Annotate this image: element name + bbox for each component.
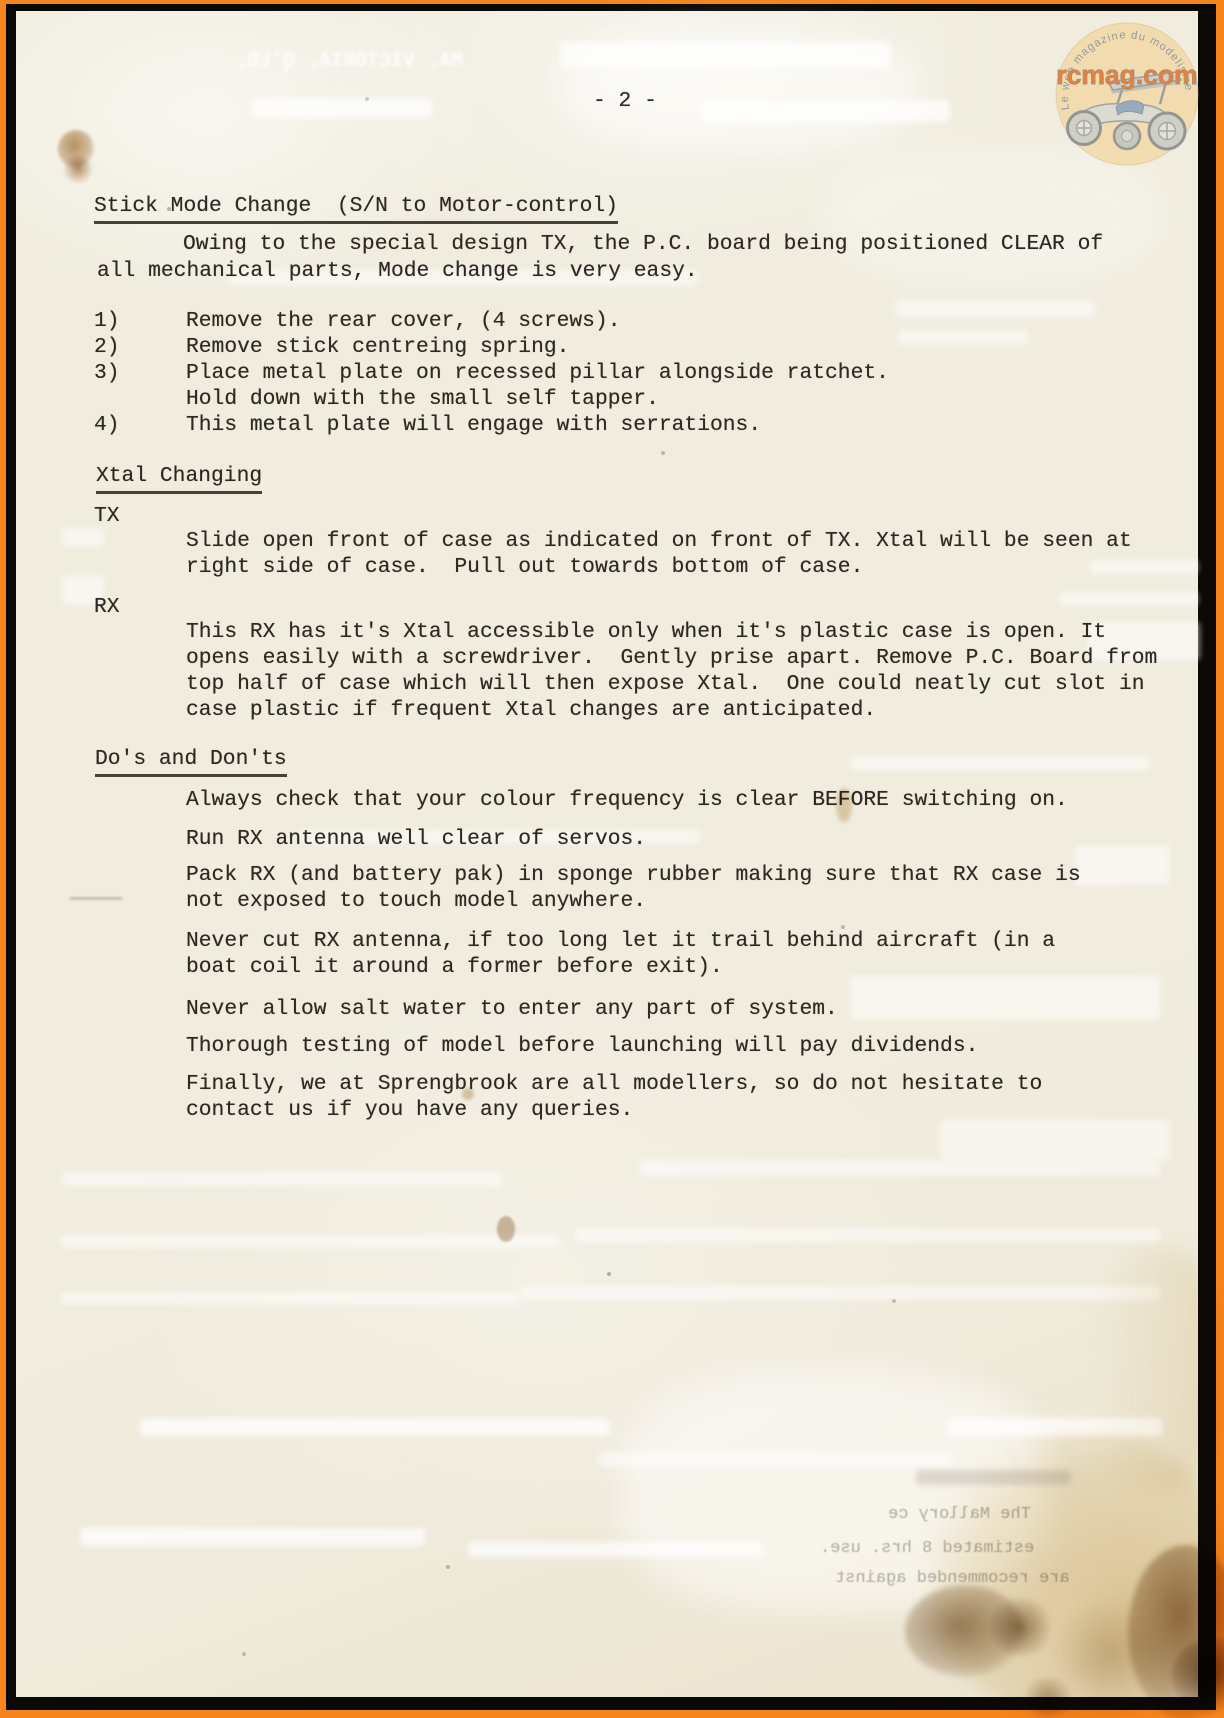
step-number: 4) xyxy=(94,412,120,438)
step-number: 2) xyxy=(94,334,120,360)
bleedthrough-smudge xyxy=(598,1452,953,1467)
bleedthrough-smudge xyxy=(898,330,1028,345)
stick-mode-intro-line1: Owing to the special design TX, the P.C.… xyxy=(183,231,1103,257)
bleedthrough-smudge xyxy=(468,1542,763,1557)
bleedthrough-smudge xyxy=(80,1528,425,1546)
bleedthrough-smudge xyxy=(1060,592,1198,606)
bleedthrough-smudge xyxy=(700,100,950,122)
section-heading-dos-donts: Do's and Don'ts xyxy=(95,746,287,777)
bleedthrough-smudge xyxy=(60,1292,520,1305)
bleedthrough-smudge xyxy=(895,300,1095,317)
bleedthrough-smudge xyxy=(850,975,1160,1020)
step-text: Place metal plate on recessed pillar alo… xyxy=(186,360,889,412)
subsection-label-tx: TX xyxy=(94,503,120,529)
bleedthrough-smudge xyxy=(940,1120,1170,1160)
bleedthrough-smudge xyxy=(850,756,1150,770)
rx-paragraph: This RX has it's Xtal accessible only wh… xyxy=(186,619,1157,723)
dos-paragraph: Always check that your colour frequency … xyxy=(186,787,1068,813)
section-heading-stick-mode: Stick Mode Change (S/N to Motor-control) xyxy=(94,193,618,224)
subsection-label-rx: RX xyxy=(94,594,120,620)
bleedthrough-smudge xyxy=(1075,845,1170,885)
dos-paragraph: Finally, we at Sprengbrook are all model… xyxy=(186,1071,1042,1123)
tx-paragraph: Slide open front of case as indicated on… xyxy=(186,528,1132,580)
step-text: Remove the rear cover, (4 screws). xyxy=(186,308,621,334)
bleedthrough-text: The Mallory ce xyxy=(888,1504,1031,1526)
rcmag-brand-text: rcmag.com xyxy=(1056,60,1197,90)
scanned-page-frame: MA, VICTORIA, Q'LD, The Mallory ce estim… xyxy=(0,0,1224,1718)
rcmag-watermark-badge: Le web magazine du modelisme rcmag.com xyxy=(1050,20,1206,176)
section-heading-xtal-changing: Xtal Changing xyxy=(96,463,262,494)
bleedthrough-smudge xyxy=(62,528,104,546)
dos-paragraph: Never allow salt water to enter any part… xyxy=(186,996,838,1022)
stick-mode-intro-line2: all mechanical parts, Mode change is ver… xyxy=(97,258,698,284)
step-text: Remove stick centreing spring. xyxy=(186,334,569,360)
bleedthrough-text: MA, VICTORIA, Q'LD, xyxy=(235,50,463,73)
bleedthrough-smudge xyxy=(640,1160,1160,1176)
dos-paragraph: Pack RX (and battery pak) in sponge rubb… xyxy=(186,862,1081,914)
bleedthrough-smudge xyxy=(575,1228,1160,1242)
pencil-mark xyxy=(70,897,122,900)
dos-paragraph: Thorough testing of model before launchi… xyxy=(186,1033,978,1059)
bleedthrough-smudge xyxy=(62,1172,502,1186)
bleedthrough-smudge xyxy=(916,1470,1071,1485)
bleedthrough-smudge xyxy=(252,98,432,118)
bleedthrough-smudge xyxy=(560,42,890,68)
page-number: - 2 - xyxy=(593,88,657,114)
dos-paragraph: Never cut RX antenna, if too long let it… xyxy=(186,928,1055,980)
bleedthrough-smudge xyxy=(140,1418,610,1436)
bleedthrough-smudge xyxy=(60,1235,560,1248)
step-number: 3) xyxy=(94,360,120,386)
bleedthrough-text: estimated 8 hrs. use. xyxy=(820,1538,1034,1560)
bleedthrough-smudge xyxy=(520,1286,1160,1300)
bleedthrough-smudge xyxy=(948,1418,1163,1436)
bleedthrough-text: are recommended against xyxy=(835,1568,1070,1590)
dos-paragraph: Run RX antenna well clear of servos. xyxy=(186,826,646,852)
step-text: This metal plate will engage with serrat… xyxy=(186,412,761,438)
dust-specks xyxy=(0,0,2,2)
step-number: 1) xyxy=(94,308,120,334)
